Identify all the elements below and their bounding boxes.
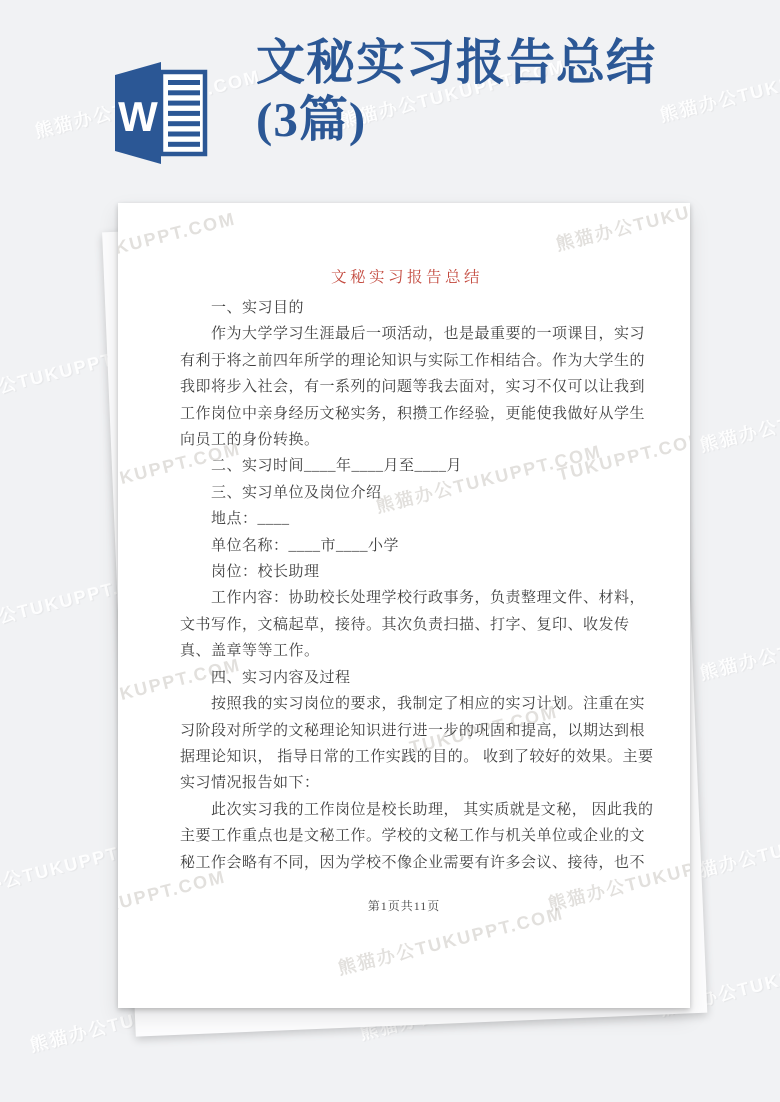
watermark-text: 熊猫办公TUKUPPT.COM [697,376,780,457]
doc-line: 工作内容：协助校长处理学校行政事务，负责整理文件、材料， [180,585,634,611]
doc-line: 文书写作，文稿起草，接待。其次负责扫描、打字、复印、收发传 [180,612,634,638]
doc-line: 四、实习内容及过程 [180,665,634,691]
doc-line: 按照我的实习岗位的要求，我制定了相应的实习计划。注重在实 [180,691,634,717]
document-title: 文秘实习报告总结 [180,265,634,291]
doc-line: 习阶段对所学的文秘理论知识进行进一步的巩固和提高，以期达到根 [180,718,634,744]
doc-line: 实习情况报告如下： [180,770,634,796]
doc-line: 向员工的身份转换。 [180,427,634,453]
doc-line: 一、实习目的 [180,295,634,321]
doc-line: 作为大学学习生涯最后一项活动，也是最重要的一项课目，实习 [180,321,634,347]
word-icon: W [113,58,217,173]
doc-line: 地点：____ [180,506,634,532]
doc-line: 主要工作重点也是文秘工作。学校的文秘工作与机关单位或企业的文 [180,823,634,849]
svg-text:W: W [118,93,158,140]
doc-line: 二、实习时间____年____月至____月 [180,453,634,479]
doc-line: 据理论知识， 指导日常的工作实践的目的。 收到了较好的效果。主要 [180,744,634,770]
page-title-line2: (3篇) [256,91,736,148]
page-title: 文秘实习报告总结 (3篇) [256,34,736,148]
document-body: 一、实习目的作为大学学习生涯最后一项活动，也是最重要的一项课目，实习有利于将之前… [180,295,634,876]
doc-line: 秘工作会略有不同，因为学校不像企业需要有许多会议、接待，也不 [180,850,634,876]
page-number-footer: 第1页共11页 [118,897,690,914]
doc-line: 真、盖章等等工作。 [180,638,634,664]
doc-line: 岗位：校长助理 [180,559,634,585]
doc-line: 此次实习我的工作岗位是校长助理， 其实质就是文秘， 因此我的 [180,797,634,823]
document-page-preview[interactable]: TUKUPPT.COM 熊猫办公TUKUPPT.COM 熊猫办公TUKUPPT.… [118,203,690,1008]
doc-line: 单位名称：____市____小学 [180,533,634,559]
doc-line: 三、实习单位及岗位介绍 [180,480,634,506]
doc-line: 我即将步入社会，有一系列的问题等我去面对，实习不仅可以让我到 [180,374,634,400]
watermark-text: 熊猫办公TUKUPPT.COM [697,604,780,685]
doc-line: 工作岗位中亲身经历文秘实务，积攒工作经验，更能使我做好从学生 [180,401,634,427]
page-title-line1: 文秘实习报告总结 [256,34,736,91]
doc-line: 有利于将之前四年所学的理论知识与实际工作相结合。作为大学生的 [180,348,634,374]
